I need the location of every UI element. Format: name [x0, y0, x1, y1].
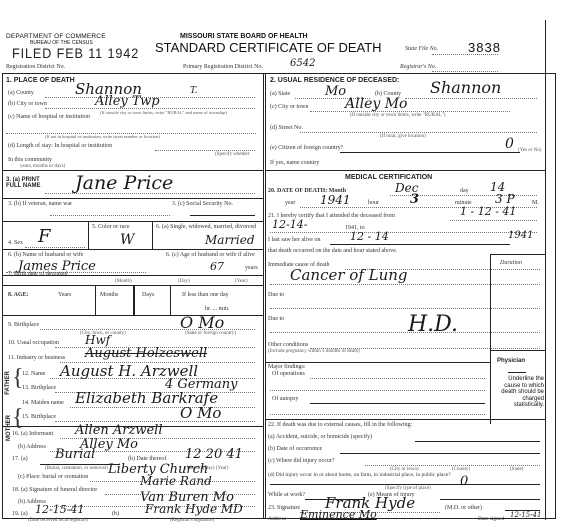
certificate-title: STANDARD CERTIFICATE OF DEATH	[155, 40, 382, 55]
meridiem-suffix: M.	[532, 200, 539, 206]
township-mark: T.	[190, 86, 198, 96]
death-hour-label: hour	[368, 200, 379, 206]
where-injury-label: (c) Where did injury occur?	[268, 458, 335, 464]
duration-label: Duration	[500, 260, 522, 266]
accident-label: (a) Accident, suicide, or homicide (spec…	[268, 434, 372, 440]
md-label: (M.D. or other)	[445, 505, 482, 511]
birthdate-day-note: (Day)	[178, 279, 190, 284]
registrar-sig-value[interactable]: Frank Hyde MD	[145, 502, 243, 516]
injury-place-value[interactable]: 0	[460, 474, 468, 489]
while-at-work-label: While at work?	[268, 492, 305, 498]
underline-note: Underline the cause to which death shoul…	[492, 376, 544, 409]
department-label: DEPARTMENT OF COMMERCE	[6, 33, 106, 40]
registrar-note: (Registrar's signature)	[170, 518, 214, 523]
of-autopsy-label: Of autopsy	[272, 396, 299, 402]
filed-stamp: FILED FEB 11 1942	[12, 45, 139, 61]
of-operations-label: Of operations	[272, 371, 305, 377]
where-state-note: (State)	[510, 467, 523, 472]
ss-label: 3. (c) Social Security No.	[172, 201, 242, 207]
physician-label: Physician	[497, 358, 525, 364]
hospital-label: (c) Name of hospital or institution	[8, 114, 90, 120]
occupation-value[interactable]: Hwf	[85, 333, 110, 347]
burial-value[interactable]: Burial	[55, 447, 95, 462]
res-city-label: (c) City or town	[270, 104, 309, 110]
primary-reg-label: Primary Registration District No.	[183, 64, 263, 70]
informant-address-label: (b) Address	[18, 444, 46, 450]
veteran-label: 3. (b) If veteran, name war	[8, 201, 98, 207]
received-note: (Date received local registrar)	[28, 518, 88, 523]
physician-initials[interactable]: H.D.	[408, 312, 458, 337]
death-year-value[interactable]: 1941	[320, 193, 351, 207]
specify-place-note: (Specify type of place)	[385, 486, 431, 491]
state-file-label: State File No.	[405, 46, 438, 52]
other-conditions-note: (Include pregnancy within 3 months of de…	[268, 349, 360, 354]
burial-label: 17. (a)	[12, 456, 28, 462]
res-county-value[interactable]: Shannon	[430, 78, 501, 97]
birthplace-label: 9. Birthplace	[8, 322, 39, 328]
sex-label: 4. Sex	[8, 240, 23, 246]
spouse-label: 6. (b) Name of husband or wife	[8, 252, 83, 258]
birthplace-state-note: (State or foreign country)	[185, 331, 236, 336]
burial-note: (Burial, cremation, or removal)	[45, 466, 108, 471]
registrar-sig-label: (b)	[112, 511, 119, 517]
burial-date-value[interactable]: 12 20 41	[185, 447, 243, 462]
years-suffix: years	[245, 265, 258, 271]
informant-label: 16. (a) Informant	[12, 431, 53, 437]
burial-place-label: (c) Place: burial or cremation	[18, 474, 88, 480]
birthdate-year-note: (Year)	[235, 279, 248, 284]
res-state-label: (a) State	[270, 91, 290, 97]
full-name-label: 3. (a) PRINT FULL NAME	[6, 177, 42, 189]
occupation-label: 10. Usual occupation	[8, 340, 59, 346]
hospital-note: (If not in hospital or institution, writ…	[45, 134, 160, 139]
attended-from-value[interactable]: 1 - 12 - 41	[460, 205, 516, 218]
death-minute-value[interactable]: 3 P	[495, 192, 515, 206]
foreign-country-label: If yes, name country	[270, 160, 319, 166]
place-of-death-heading: 1. PLACE OF DEATH	[6, 77, 75, 84]
res-street-note: (If rural, give location)	[380, 134, 426, 139]
res-state-value[interactable]: Mo	[325, 84, 346, 99]
res-street-label: (d) Street No.	[270, 125, 303, 131]
board-label: MISSOURI STATE BOARD OF HEALTH	[180, 33, 308, 40]
marital-status-label: 6. (a) Single, widowed, married, divorce…	[156, 224, 261, 230]
age-less-than-day-header: If less than one day	[182, 292, 229, 298]
death-year-label: year	[285, 200, 295, 206]
specify-note: (Specify whether	[215, 152, 249, 157]
medical-heading: MEDICAL CERTIFICATION	[345, 174, 432, 181]
birthdate-month-note: (Month)	[115, 279, 132, 284]
marital-status-value[interactable]: Married	[205, 233, 255, 247]
signature-label: 23. Signature	[268, 505, 300, 511]
registrar-label: Registrar's No.	[400, 64, 436, 70]
community-label: In this community	[8, 157, 52, 163]
major-findings-label: Major findings:	[268, 364, 306, 370]
physician-address-label: Address	[268, 516, 286, 522]
external-causes-heading: 22. If death was due to external causes,…	[268, 422, 412, 428]
industry-label: 11. Industry or business	[8, 355, 65, 361]
date-signed-label: Date signed	[478, 516, 504, 522]
reg-district-label: Registration District No.	[6, 64, 65, 70]
race-label: 5. Color or race	[92, 224, 137, 230]
informant-value[interactable]: Allen Arzwell	[75, 423, 163, 438]
last-saw-value[interactable]: 12 - 14	[350, 230, 389, 243]
citizen-value[interactable]: 0	[505, 136, 514, 152]
hr-min-label: hr. ... min.	[205, 306, 230, 312]
received-date-value[interactable]: 12-15-41	[35, 503, 84, 516]
death-occurred-text: that death occurred on the date and hour…	[268, 248, 397, 254]
center-divider	[263, 73, 266, 518]
age-months-header: Months	[100, 292, 118, 298]
duration-divider	[490, 254, 491, 424]
age-label: 8. AGE:	[8, 292, 29, 298]
other-conditions-label: Other conditions	[268, 342, 308, 348]
last-saw-year-value[interactable]: 1941	[508, 230, 533, 241]
due-to-2-label: Due to	[268, 316, 284, 322]
physician-address-value[interactable]: Eminence Mo	[300, 508, 377, 521]
funeral-director-label: 18. (a) Signature of funeral director	[12, 487, 97, 493]
industry-value[interactable]: August Holzeswell	[85, 346, 207, 361]
spouse-age-value[interactable]: 67	[210, 260, 224, 273]
county-label: (a) County	[8, 90, 34, 96]
death-city-value[interactable]: Alley Twp	[95, 94, 160, 109]
mother-birthplace-label: 15. Birthplace	[22, 414, 56, 420]
birthplace-value[interactable]: O Mo	[180, 313, 224, 332]
primary-reg-number: 6542	[290, 58, 315, 69]
death-day-label: day	[460, 188, 469, 194]
date-signed-value[interactable]: 12-15-41	[510, 511, 541, 519]
father-side-label: FATHER	[5, 371, 11, 395]
city-note: (If outside city or town limits, write "…	[100, 110, 227, 115]
state-file-number: 3838	[468, 40, 501, 55]
mother-birthplace-value[interactable]: O Mo	[180, 404, 221, 422]
res-city-note: (If outside city or town limits, write "…	[350, 113, 445, 118]
mother-maiden-label: 14. Maiden name	[22, 400, 64, 406]
citizen-note: (Yes or No)	[518, 148, 541, 153]
funeral-director-value[interactable]: Marie Rand	[140, 474, 212, 488]
due-to-1-label: Due to	[268, 292, 284, 298]
birthdate-label: 7. Birth date of deceased	[8, 271, 67, 277]
father-name-label: 12. Name	[22, 371, 45, 377]
sex-value[interactable]: F	[38, 226, 51, 247]
death-hour-value[interactable]: 3	[410, 192, 419, 207]
res-city-value[interactable]: Alley Mo	[345, 96, 407, 112]
citizen-label: (e) Citizen of foreign country?	[270, 145, 343, 151]
received-label: 19. (a)	[12, 511, 28, 517]
spouse-age-label: 6. (c) Age of husband or wife if alive	[166, 252, 261, 258]
father-birthplace-label: 13. Birthplace	[22, 385, 56, 391]
residence-heading: 2. USUAL RESIDENCE OF DECEASED:	[270, 77, 399, 84]
date-occurrence-label: (b) Date of occurrence	[268, 446, 322, 452]
full-name-value[interactable]: Jane Price	[75, 172, 173, 194]
immediate-cause-value[interactable]: Cancer of Lung	[290, 266, 408, 284]
community-note: years, months or days)	[20, 164, 65, 169]
length-of-stay-label: (d) Length of stay: In hospital or insti…	[8, 143, 112, 149]
where-county-note: (County)	[452, 467, 470, 472]
age-days-header: Days	[142, 292, 154, 298]
injury-place-label: (d) Did injury occur in or about home, o…	[268, 472, 451, 478]
attended-to-value[interactable]: 12-14-	[272, 218, 307, 231]
last-saw-label: I last saw her alive on	[268, 237, 320, 243]
city-label: (b) City or town	[8, 101, 47, 107]
age-years-header: Years	[58, 292, 71, 298]
race-value[interactable]: W	[120, 232, 134, 248]
